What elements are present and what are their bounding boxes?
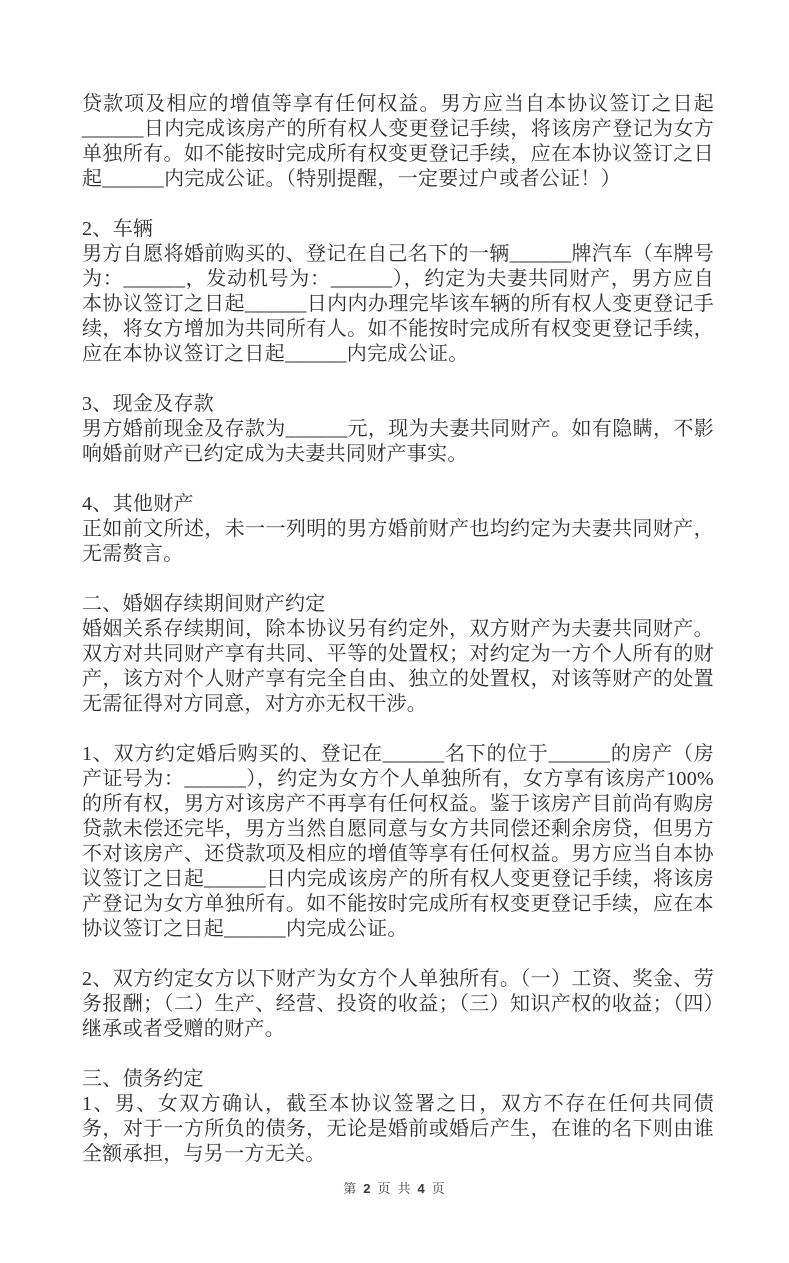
part-2-body: 婚姻关系存续期间，除本协议另有约定外，双方财产为夫妻共同财产。双方对共同财产享有… [82, 617, 714, 717]
footer-total-pages-number: 4 [418, 1181, 426, 1196]
continuation-paragraph: 贷款项及相应的增值等享有任何权益。男方应当自本协议签订之日起______日内完成… [82, 92, 714, 192]
part-2-item-1: 1、双方约定婚后购买的、登记在______名下的位于______的房产（房产证号… [82, 742, 714, 942]
footer-pages-label: 页 [377, 1181, 391, 1196]
section-2-body: 男方自愿将婚前购买的、登记在自己名下的一辆______牌汽车（车牌号为：____… [82, 242, 714, 367]
footer-of-label: 共 [398, 1181, 412, 1196]
part-2-item-2-wife-property: 2、双方约定女方以下财产为女方个人单独所有。（一）工资、奖金、劳务报酬；（二）生… [82, 967, 714, 1042]
footer-pages-suffix: 页 [432, 1181, 446, 1196]
document-page: 贷款项及相应的增值等享有任何权益。男方应当自本协议签订之日起______日内完成… [0, 0, 789, 1263]
section-4-other-property: 4、其他财产 正如前文所述，未一一列明的男方婚前财产也均约定为夫妻共同财产，无需… [82, 492, 714, 567]
section-4-body: 正如前文所述，未一一列明的男方婚前财产也均约定为夫妻共同财产，无需赘言。 [82, 517, 714, 567]
section-3-heading: 3、现金及存款 [82, 392, 714, 417]
continuation-paragraph-block: 贷款项及相应的增值等享有任何权益。男方应当自本协议签订之日起______日内完成… [82, 92, 714, 192]
page-footer: 第2页共4页 [0, 1178, 789, 1197]
part-2-item-1-house: 1、双方约定婚后购买的、登记在______名下的位于______的房产（房产证号… [82, 742, 714, 942]
section-2-heading: 2、车辆 [82, 217, 714, 242]
part-3-heading: 三、债务约定 [82, 1067, 714, 1092]
part-2-marriage-period-agreement: 二、婚姻存续期间财产约定 婚姻关系存续期间，除本协议另有约定外，双方财产为夫妻共… [82, 592, 714, 717]
footer-page-prefix: 第 [343, 1181, 357, 1196]
footer-current-page-number: 2 [363, 1181, 371, 1196]
document-content: 贷款项及相应的增值等享有任何权益。男方应当自本协议签订之日起______日内完成… [82, 92, 714, 1192]
section-4-heading: 4、其他财产 [82, 492, 714, 517]
section-3-cash-deposits: 3、现金及存款 男方婚前现金及存款为______元，现为夫妻共同财产。如有隐瞒，… [82, 392, 714, 467]
section-2-vehicles: 2、车辆 男方自愿将婚前购买的、登记在自己名下的一辆______牌汽车（车牌号为… [82, 217, 714, 367]
part-2-heading: 二、婚姻存续期间财产约定 [82, 592, 714, 617]
part-2-item-2: 2、双方约定女方以下财产为女方个人单独所有。（一）工资、奖金、劳务报酬；（二）生… [82, 967, 714, 1042]
section-3-body: 男方婚前现金及存款为______元，现为夫妻共同财产。如有隐瞒，不影响婚前财产已… [82, 417, 714, 467]
part-3-debt-agreement: 三、债务约定 1、男、女双方确认，截至本协议签署之日，双方不存在任何共同债务，对… [82, 1067, 714, 1167]
part-3-item-1: 1、男、女双方确认，截至本协议签署之日，双方不存在任何共同债务，对于一方所负的债… [82, 1092, 714, 1167]
